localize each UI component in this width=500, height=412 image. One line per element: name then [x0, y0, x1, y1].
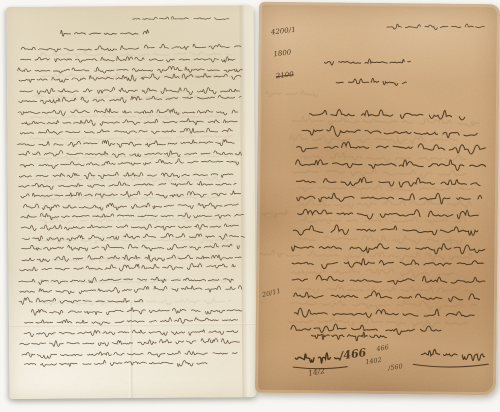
signature: [421, 349, 484, 361]
body-line: [297, 141, 486, 154]
bleedthrough-line: [290, 135, 457, 145]
closing-line: [312, 332, 387, 341]
dateline: [387, 23, 485, 30]
body-line: [23, 202, 238, 210]
bleedthrough-line: [42, 72, 232, 80]
letter-right-sheet: 4200/1 1800 2100 20/11 /466 466 1402 /56…: [255, 2, 500, 396]
bleedthrough-line: [287, 250, 472, 261]
bleedthrough-line: [40, 217, 228, 223]
body-line: [18, 108, 238, 117]
left-letter-handwriting: [6, 5, 256, 399]
body-line: [22, 233, 244, 242]
bleedthrough-line: [37, 51, 231, 58]
bleedthrough-line: [33, 93, 215, 101]
body-line: [22, 118, 238, 126]
bleedthrough-line: [30, 176, 221, 184]
bleedthrough-line: [30, 134, 233, 142]
body-line: [22, 243, 240, 252]
body-line: [18, 66, 243, 74]
body-line: [25, 359, 208, 367]
photo-backdrop: 4200/1 1800 2100 20/11 /466 466 1402 /56…: [0, 0, 500, 412]
dateline: [133, 16, 229, 20]
body-line: [19, 95, 241, 104]
margin-smudge-3: [260, 251, 283, 257]
archival-number-row: 4200/1: [271, 27, 296, 37]
bleedthrough-line: [301, 152, 466, 163]
body-line: [296, 158, 486, 170]
body-line: [296, 177, 480, 188]
body-line: [19, 181, 236, 190]
body-line: [297, 192, 482, 204]
bleedthrough-line: [290, 268, 453, 278]
body-line: [291, 324, 441, 335]
body-line: [298, 208, 479, 220]
body-line: [292, 242, 485, 255]
body-line: [20, 128, 232, 135]
bleedthrough-line: [42, 299, 231, 306]
body-line: [293, 225, 478, 237]
body-line: [22, 350, 237, 358]
salutation-line-1: [324, 58, 410, 65]
margin-smudge-2: [263, 211, 287, 217]
bleedthrough-line: [293, 168, 466, 179]
bleedthrough-line: [301, 215, 466, 225]
bleedthrough-line: [289, 317, 468, 328]
body-line: [19, 171, 233, 179]
bleedthrough-line: [299, 185, 474, 194]
bleedthrough-line: [301, 199, 471, 210]
flourish-underline: [413, 363, 488, 367]
letter-left-sheet: [6, 5, 256, 399]
body-line: [21, 223, 238, 231]
bleedthrough-line: [36, 153, 227, 160]
body-line: [292, 275, 485, 286]
body-line: [21, 43, 241, 52]
body-line: [21, 56, 235, 64]
bleedthrough-line: [299, 235, 462, 245]
body-line: [24, 329, 238, 337]
body-line: [25, 317, 238, 326]
footer-scrawl: [295, 352, 340, 363]
body-line: [302, 126, 477, 138]
salutation-line-2: [336, 78, 406, 86]
body-line: [20, 158, 239, 169]
body-line: [294, 308, 474, 319]
body-line: [31, 307, 242, 316]
body-line: [18, 139, 235, 148]
salutation: [61, 30, 149, 37]
bleedthrough-line: [37, 236, 230, 245]
bleedthrough-line: [292, 117, 479, 127]
bleedthrough-line: [291, 300, 477, 311]
body-line: [21, 190, 241, 199]
archival-number-row: 2100: [276, 71, 301, 81]
body-line: [20, 86, 240, 96]
body-line: [292, 258, 483, 270]
bleedthrough-line: [297, 285, 472, 295]
body-line: [20, 263, 236, 272]
body-line: [20, 338, 240, 347]
archival-number-row: 1800: [273, 49, 298, 59]
body-line: [20, 285, 242, 294]
